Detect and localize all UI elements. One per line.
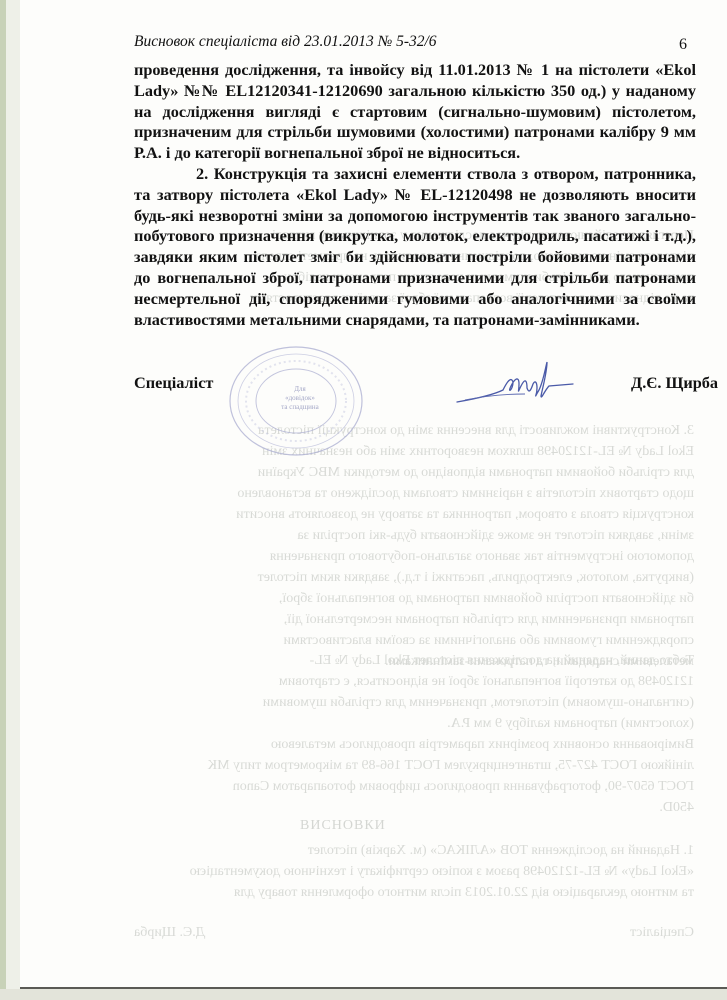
document-header: Висновок спеціаліста від 23.01.2013 № 5-… <box>134 33 699 51</box>
bleed-through-conclusions: 1. Наданий на дослідження ТОВ «АЛІКАС» (… <box>134 840 694 903</box>
handwritten-signature-icon <box>455 360 575 410</box>
bleed-through-signature: Спеціаліст Д.Є. Щирба <box>134 925 694 941</box>
page-number: 6 <box>679 36 687 54</box>
paragraph-conclusion-2: 2. Конструкція та захисні елементи ствол… <box>134 164 696 330</box>
scanner-bed-bottom <box>0 989 727 1000</box>
signature-block: Спеціаліст Д.Є. Щирба <box>134 373 704 403</box>
scanner-edge-margin <box>6 0 20 1000</box>
document-body: проведення дослідження, та інвойсу від 1… <box>134 60 696 330</box>
bleed-through-heading: ВИСНОВКИ <box>300 818 386 834</box>
signatory-title: Спеціаліст <box>134 373 213 393</box>
signatory-name: Д.Є. Щирба <box>631 373 718 393</box>
bleed-through-text-lower: Тобто даний, наданий на дослідження піст… <box>134 650 694 818</box>
paragraph-continuation: проведення дослідження, та інвойсу від 1… <box>134 60 696 164</box>
bleed-through-text-middle: 3. Конструктивні можливості для внесення… <box>134 420 694 672</box>
